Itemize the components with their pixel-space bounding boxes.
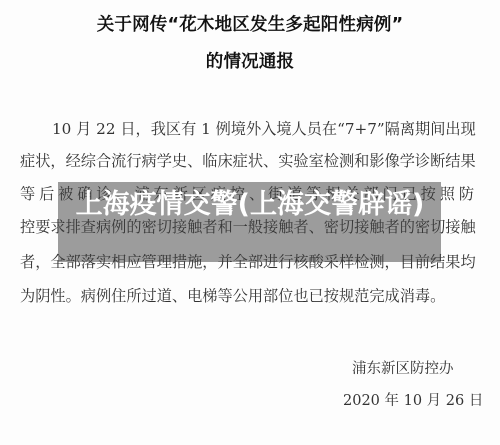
body-line: 为阴性。病例住所过道、电梯等公用部位也已按规范完成消毒。 xyxy=(20,286,474,306)
signature-date: 2020 年 10 月 26 日 xyxy=(343,392,483,410)
body-line: 10 月 22 日，我区有 1 例境外入境人员在“7+7”隔离期间出现 xyxy=(52,119,474,139)
caption-overlay-text: 上海疫情交警(上海交警辟谣) xyxy=(70,188,430,222)
body-line: 症状，经综合流行病学史、临床症状、实验室检测和影像学诊断结果 xyxy=(20,151,474,171)
signature-organization: 浦东新区防控办 xyxy=(352,360,454,378)
document-title-line-2: 的情况通报 xyxy=(0,52,500,72)
document-title-line-1: 关于网传“花木地区发生多起阳性病例” xyxy=(0,15,500,35)
